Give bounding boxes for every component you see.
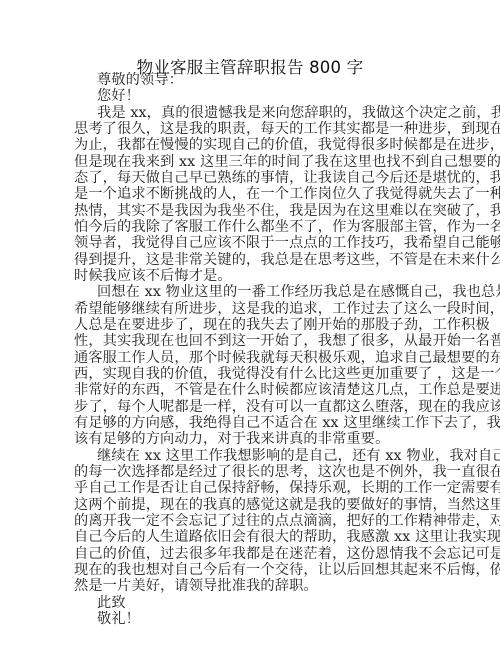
paragraph-line: 热情，其实不是我因为我坐不住，我是因为在这里难以在突破了，我 — [74, 203, 426, 219]
paragraph-line: 但是现在我来到 xx 这里三年的时间了我在这里也找不到自己想要的状 — [74, 154, 426, 170]
paragraph-line: 步了，每个人呢都是一样，没有可以一直都这么堕落，现在的我应该 — [74, 399, 426, 415]
paragraph-line: 回想在 xx 物业这里的一番工作经历我总是在感慨自己，我也总是 — [74, 284, 426, 300]
paragraph-line: 人总是在要进步了，现在的我失去了刚开始的那股子劲，工作积极 — [74, 317, 426, 333]
paragraph-line: 思考了很久，这是我的职责，每天的工作其实都是一种进步，到现在 — [74, 121, 426, 137]
greeting: 您好！ — [74, 88, 426, 104]
salutation: 尊敬的领导： — [74, 72, 426, 88]
paragraph-line: 通客服工作人员，那个时候我就每天积极乐观，追求自己最想要的东 — [74, 350, 426, 366]
document-body: 尊敬的领导： 您好！ 我是 xx，真的很遗憾我是来向您辞职的，我做这个决定之前，… — [74, 72, 426, 627]
paragraph-line: 我是 xx，真的很遗憾我是来向您辞职的，我做这个决定之前，我 — [74, 105, 426, 121]
paragraph-line: 的每一次选择都是经过了很长的思考，这次也是不例外，我一直很在 — [74, 464, 426, 480]
paragraph-line: 自己的价值，过去很多年我都是在迷茫着，这份恩情我不会忘记可是 — [74, 546, 426, 562]
paragraph-1: 我是 xx，真的很遗憾我是来向您辞职的，我做这个决定之前，我 思考了很久，这是我… — [74, 105, 426, 285]
document-page: 物业客服主管辞职报告 800 字 尊敬的领导： 您好！ 我是 xx，真的很遗憾我… — [0, 0, 500, 647]
paragraph-line: 怕今后的我除了客服工作什么都坐不了，作为客服部主管，作为一名 — [74, 219, 426, 235]
paragraph-line: 是一个追求不断挑战的人，在一个工作岗位久了我觉得就失去了一种 — [74, 186, 426, 202]
paragraph-line: 非常好的东西，不管是在什么时候都应该清楚这几点，工作总是要进 — [74, 382, 426, 398]
paragraph-3: 继续在 xx 这里工作我想影响的是自己，还有 xx 物业，我对自己 的每一次选择… — [74, 448, 426, 595]
paragraph-line: 继续在 xx 这里工作我想影响的是自己，还有 xx 物业，我对自己 — [74, 448, 426, 464]
paragraph-line: 希望能够继续有所进步，这是我的追求，工作过去了这么一段时间， — [74, 301, 426, 317]
paragraph-line: 性，其实我现在也回不到这一开始了，我想了很多，从最开始一名普 — [74, 333, 426, 349]
paragraph-line: 现在的我也想对自己今后有一个交待，让以后回想其起来不后悔，依 — [74, 562, 426, 578]
paragraph-line: 自己今后的人生道路依旧会有很大的帮助，我感激 xx 这里让我实现了 — [74, 529, 426, 545]
paragraph-line: 有足够的方向感，我绝得自己不适合在 xx 这里继续工作下去了，我应 — [74, 415, 426, 431]
paragraph-line: 态了，每天做自己早已熟练的事情，让我读自己今后还是堪忧的，我 — [74, 170, 426, 186]
paragraph-line: 领导者，我觉得自己应该不限于一点点的工作技巧，我希望自己能够 — [74, 235, 426, 251]
paragraph-line: 西，实现自我的价值，我觉得没有什么比这些更加重要了 ，这是一个 — [74, 366, 426, 382]
paragraph-line: 为止，我都在慢慢的实现自己的价值，我觉得很多时候都是在进步， — [74, 137, 426, 153]
regards: 敬礼！ — [74, 611, 426, 627]
paragraph-line: 然是一片美好，请领导批准我的辞职。 — [74, 578, 426, 594]
paragraph-line: 该有足够的方向动力，对于我来讲真的非常重要。 — [74, 431, 426, 447]
closing: 此致 — [74, 595, 426, 611]
paragraph-line: 得到提升，这是非常关键的，我总是在思考这些，不管是在未来什么 — [74, 252, 426, 268]
paragraph-line: 的离开我一定不会忘记了过往的点点滴滴，把好的工作精神带走，对 — [74, 513, 426, 529]
paragraph-line: 乎自己工作是否让自己保持舒畅，保持乐观，长期的工作一定需要有 — [74, 480, 426, 496]
paragraph-line: 这两个前提，现在的我真的感觉这就是我的要做好的事情，当然这里 — [74, 497, 426, 513]
paragraph-2: 回想在 xx 物业这里的一番工作经历我总是在感慨自己，我也总是 希望能够继续有所… — [74, 284, 426, 447]
paragraph-line: 时候我应该不后悔才是。 — [74, 268, 426, 284]
